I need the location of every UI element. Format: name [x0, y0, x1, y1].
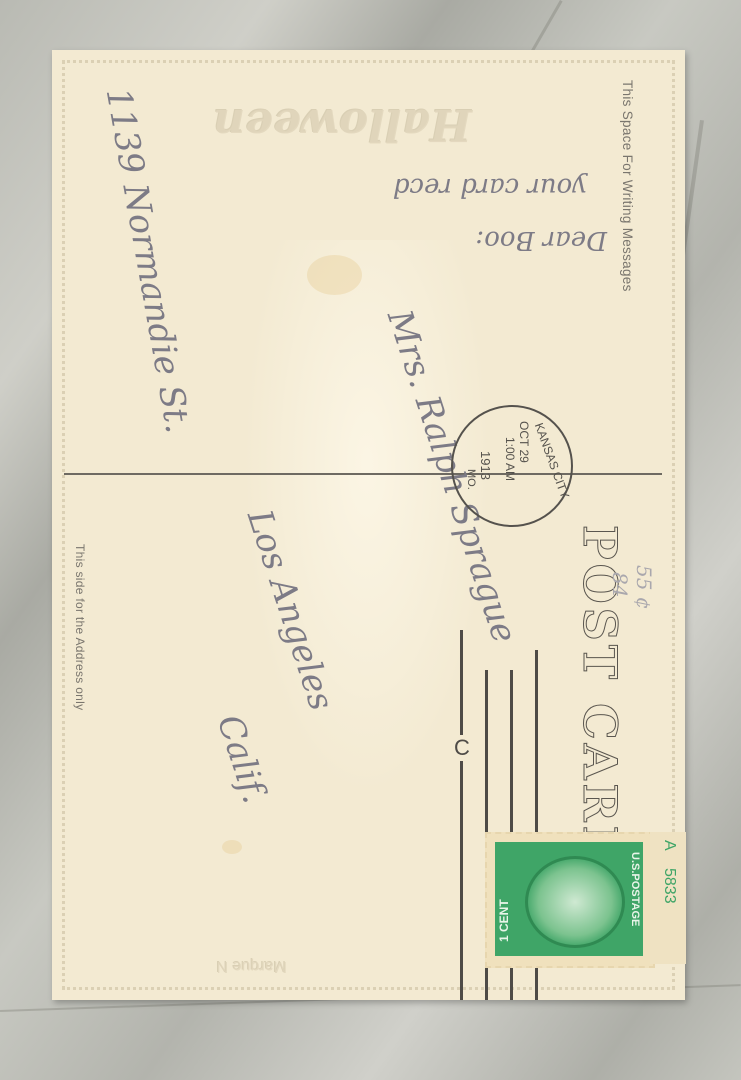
stamp-selvage: A 5833 — [650, 832, 686, 964]
postmark-date: OCT 29 — [517, 421, 531, 463]
postcard: Halloween Marque N This Space For Writin… — [52, 50, 685, 1000]
plate-letter: A — [660, 840, 678, 851]
pencil-price-note: 55 ¢ — [632, 565, 656, 610]
cancel-letter: C — [454, 735, 470, 761]
message-line-1: Dear Boo: — [475, 225, 607, 255]
message-line-2: your card recd — [393, 172, 587, 202]
publisher-mark: Marque N — [217, 957, 287, 975]
stamp-design: U.S.POSTAGE 1 CENT — [495, 842, 643, 956]
postmark-state: MO. — [465, 469, 477, 490]
postage-stamp: U.S.POSTAGE 1 CENT — [485, 832, 655, 968]
stamp-country-text: U.S.POSTAGE — [629, 852, 641, 926]
postmark-time: 1:00 AM — [503, 437, 517, 481]
embossed-title: Halloween — [213, 99, 472, 150]
age-stain — [222, 840, 242, 854]
pencil-number-note: 84 — [608, 572, 632, 597]
stamp-value-text: 1 CENT — [497, 899, 511, 942]
age-stain — [307, 255, 362, 295]
cancel-bar — [460, 630, 463, 1000]
kansas-city-postmark: KANSAS CITY OCT 29 1:00 AM 1913 MO. — [451, 405, 573, 527]
message-space-label: This Space For Writing Messages — [620, 80, 635, 292]
washington-portrait — [525, 856, 625, 948]
postmark-year: 1913 — [478, 451, 493, 480]
plate-number: 5833 — [660, 868, 678, 904]
address-side-label: This side for the Address only — [73, 544, 87, 710]
